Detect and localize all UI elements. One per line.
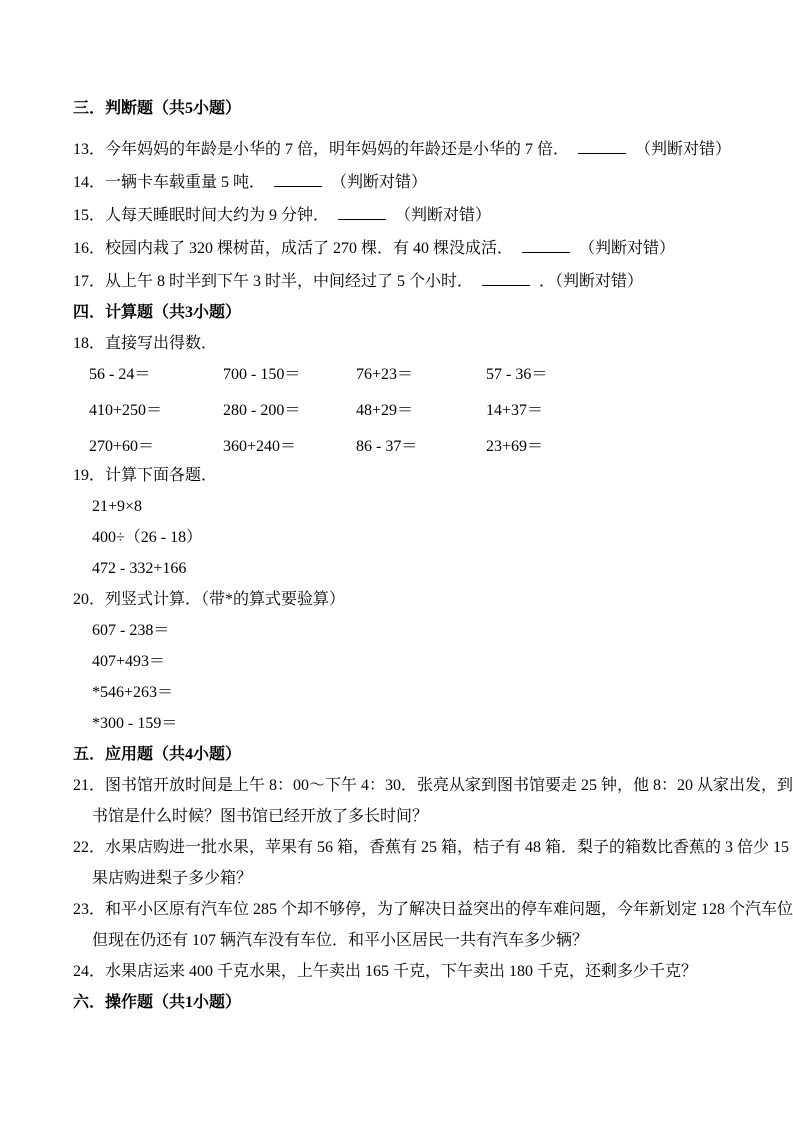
question-14: 14．一辆卡车载重量 5 吨．（判断对错） xyxy=(73,172,723,191)
question-22: 22．水果店购进一批水果，苹果有 56 箱，香蕉有 25 箱，桔子有 48 箱．… xyxy=(73,839,723,856)
question-text: 列竖式计算．（带*的算式要验算） xyxy=(105,591,345,608)
question-number: 24． xyxy=(73,963,105,980)
question-17: 17．从上午 8 时半到下午 3 时半，中间经过了 5 个小时．．（判断对错） xyxy=(73,271,723,290)
calc-expression: 76+23＝ xyxy=(356,366,486,383)
question-21: 21．图书馆开放时间是上午 8：00～下午 4：30．张亮从家到图书馆要走 25… xyxy=(73,777,723,794)
judge-label: （判断对错） xyxy=(395,207,491,224)
calc-expression: 410+250＝ xyxy=(89,402,223,419)
section-heading-op: 六．操作题（共1小题） xyxy=(73,994,723,1011)
calc-expression-line: 407+493＝ xyxy=(73,653,723,670)
question-19: 19．计算下面各题． xyxy=(73,467,723,484)
question-text: 从上午 8 时半到下午 3 时半，中间经过了 5 个小时． xyxy=(105,273,473,290)
calc-expression: 48+29＝ xyxy=(356,402,486,419)
question-text: 人每天睡眠时间大约为 9 分钟． xyxy=(105,207,329,224)
question-number: 18． xyxy=(73,335,105,352)
question-text: 一辆卡车载重量 5 吨． xyxy=(105,174,265,191)
calc-expression-line: *300 - 159＝ xyxy=(73,715,723,732)
section-heading-app: 五．应用题（共4小题） xyxy=(73,746,723,763)
question-number: 13． xyxy=(73,141,105,158)
calc-expression: 360+240＝ xyxy=(223,438,356,455)
calc-expression: 57 - 36＝ xyxy=(486,366,723,383)
exam-page: 三．判断题（共5小题） 13．今年妈妈的年龄是小华的 7 倍，明年妈妈的年龄还是… xyxy=(0,0,793,1122)
calc-expression-line: 472 - 332+166 xyxy=(73,560,723,577)
question-number: 15． xyxy=(73,207,105,224)
question-text-continued: 果店购进梨子多少箱？ xyxy=(73,870,723,887)
question-18: 18．直接写出得数． xyxy=(73,335,723,352)
judge-label: （判断对错） xyxy=(579,240,675,257)
section-heading-calc: 四．计算题（共3小题） xyxy=(73,304,723,321)
answer-blank xyxy=(578,139,626,154)
calc-expression: 23+69＝ xyxy=(486,438,723,455)
judge-label: （判断对错） xyxy=(635,141,731,158)
calc-expression-line: 607 - 238＝ xyxy=(73,622,723,639)
answer-blank xyxy=(338,205,386,220)
calc-expression-line: 21+9×8 xyxy=(73,498,723,515)
question-16: 16．校园内栽了 320 棵树苗，成活了 270 棵．有 40 棵没成活．（判断… xyxy=(73,238,723,257)
answer-blank xyxy=(274,172,322,187)
question-number: 21． xyxy=(73,777,105,794)
question-15: 15．人每天睡眠时间大约为 9 分钟．（判断对错） xyxy=(73,205,723,224)
calc-expression: 270+60＝ xyxy=(89,438,223,455)
calc-expression: 14+37＝ xyxy=(486,402,723,419)
calc-expression-line: 400÷（26 - 18） xyxy=(73,529,723,546)
answer-blank xyxy=(482,271,530,286)
question-text: 今年妈妈的年龄是小华的 7 倍，明年妈妈的年龄还是小华的 7 倍． xyxy=(105,141,569,158)
calc-expression-line: *546+263＝ xyxy=(73,684,723,701)
calc-expression: 700 - 150＝ xyxy=(223,366,356,383)
question-text: 计算下面各题． xyxy=(105,467,217,484)
question-number: 14． xyxy=(73,174,105,191)
judge-label: （判断对错） xyxy=(331,174,427,191)
question-23: 23．和平小区原有汽车位 285 个却不够停，为了解决日益突出的停车难问题，今年… xyxy=(73,901,723,918)
question-text-continued: 但现在仍还有 107 辆汽车没有车位．和平小区居民一共有汽车多少辆？ xyxy=(73,932,723,949)
question-number: 17． xyxy=(73,273,105,290)
question-number: 20． xyxy=(73,591,105,608)
question-text: 和平小区原有汽车位 285 个却不够停，为了解决日益突出的停车难问题，今年新划定… xyxy=(105,901,793,918)
calc-expression: 280 - 200＝ xyxy=(223,402,356,419)
question-text: 图书馆开放时间是上午 8：00～下午 4：30．张亮从家到图书馆要走 25 钟，… xyxy=(105,777,793,794)
calc-expression: 56 - 24＝ xyxy=(89,366,223,383)
question-number: 19． xyxy=(73,467,105,484)
quick-calc-grid: 56 - 24＝ 700 - 150＝ 76+23＝ 57 - 36＝ 410+… xyxy=(73,366,723,455)
section-heading-judge: 三．判断题（共5小题） xyxy=(73,100,723,117)
answer-blank xyxy=(522,238,570,253)
question-text-continued: 书馆是什么时候？图书馆已经开放了多长时间？ xyxy=(73,808,723,825)
question-text: 直接写出得数． xyxy=(105,335,217,352)
question-24: 24．水果店运来 400 千克水果，上午卖出 165 千克，下午卖出 180 千… xyxy=(73,963,723,980)
question-text: 水果店购进一批水果，苹果有 56 箱，香蕉有 25 箱，桔子有 48 箱．梨子的… xyxy=(105,839,793,856)
question-number: 22． xyxy=(73,839,105,856)
judge-label: ．（判断对错） xyxy=(539,273,643,290)
question-13: 13．今年妈妈的年龄是小华的 7 倍，明年妈妈的年龄还是小华的 7 倍．（判断对… xyxy=(73,139,723,158)
question-text: 校园内栽了 320 棵树苗，成活了 270 棵．有 40 棵没成活． xyxy=(105,240,513,257)
question-20: 20．列竖式计算．（带*的算式要验算） xyxy=(73,591,723,608)
question-number: 16． xyxy=(73,240,105,257)
question-number: 23． xyxy=(73,901,105,918)
question-text: 水果店运来 400 千克水果，上午卖出 165 千克，下午卖出 180 千克，还… xyxy=(105,963,697,980)
calc-expression: 86 - 37＝ xyxy=(356,438,486,455)
